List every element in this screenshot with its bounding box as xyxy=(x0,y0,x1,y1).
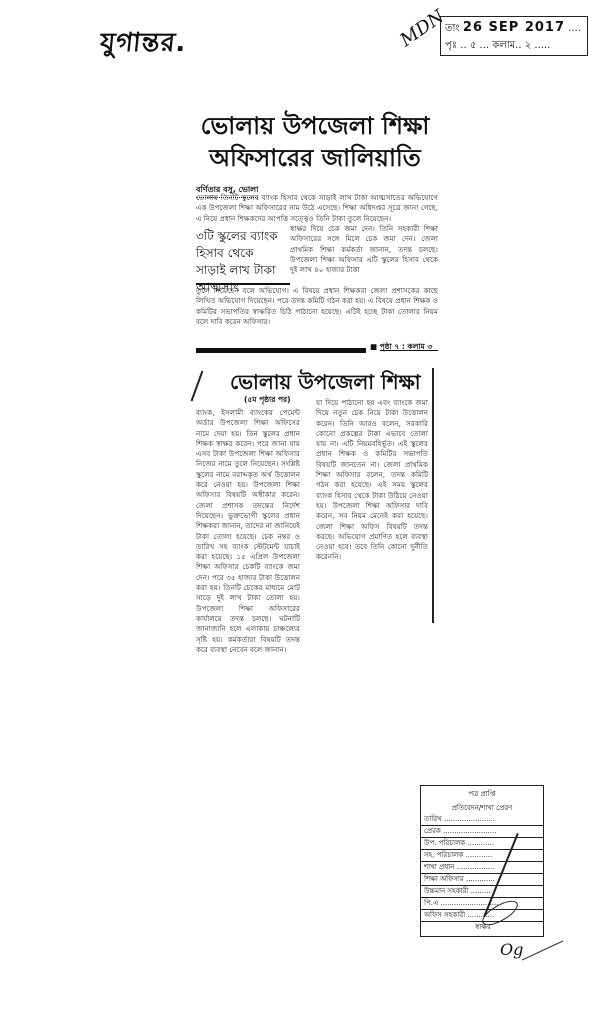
article-divider-thin xyxy=(380,350,438,351)
article2-body-left: ব্যাংক, ইসলামী ব্যাংকের পেমেন্ট অর্ডার উ… xyxy=(196,408,300,655)
article1-body-top: ভোলায় তিনটি স্কুলের ব্যাংক হিসাব থেকে স… xyxy=(196,193,438,224)
date-stamp: তাং 26 SEP 2017 .... পৃঃ .. ৫ ... কলাম..… xyxy=(440,16,588,56)
article-divider-thick xyxy=(196,348,366,353)
article2-body-right: যা দিয়ে পাঠানো হয় এবং ব্যাংকে জমা দিয়… xyxy=(316,398,428,563)
article2-subhead: (৫ম পৃষ্ঠার পর) xyxy=(244,395,291,407)
slip-field: পি.এ .......................... xyxy=(421,898,543,910)
column-border xyxy=(432,368,434,623)
slip-header-2: প্রতিবেদন/শাখা প্রেরণ xyxy=(421,803,543,814)
handwritten-signature: Og xyxy=(500,940,523,959)
stamp-column: ২ xyxy=(525,40,532,51)
pullquote-rule xyxy=(196,283,290,285)
pen-mark-icon xyxy=(191,371,204,402)
slip-field: উচ্চমান সহকারী ......... xyxy=(421,886,543,898)
signature-tail xyxy=(522,941,563,961)
stamp-page-row: পৃঃ .. ৫ ... কলাম.. ২ ..... xyxy=(445,37,583,54)
slip-field: প্রেরক ........................ xyxy=(421,826,543,838)
article1-continued-ref: ■ পৃষ্ঠা ৭ : কলাম ৩ xyxy=(370,342,432,354)
slip-field: শিক্ষা অফিসার ............. xyxy=(421,874,543,886)
stamp-date-row: তাং 26 SEP 2017 .... xyxy=(445,19,583,37)
article1-body-bottom: তুলে নিয়েছেন বলে অভিযোগ। এ বিষয়ে প্রধা… xyxy=(196,286,438,327)
slip-field: শাখা প্রধান ................. xyxy=(421,862,543,874)
stamp-date-label: তাং xyxy=(445,23,460,34)
newspaper-masthead: যুগান্তর. xyxy=(98,22,189,66)
slip-field: সহ. পরিচালক ............ xyxy=(421,850,543,862)
slip-field: তারিখ ....................... xyxy=(421,814,543,826)
stamp-column-label: কলাম xyxy=(492,40,515,51)
article1-body-right: স্বাক্ষর দিয়ে চেক জমা দেন। তিনি সহকারী … xyxy=(290,224,438,275)
stamp-page: ৫ xyxy=(470,40,477,51)
slip-field: উপ. পরিচালক ............ xyxy=(421,838,543,850)
slip-header-1: পত্র প্রাপ্তি xyxy=(421,789,543,800)
stamp-page-label: পৃঃ xyxy=(445,40,457,51)
article1-headline-line2: অফিসারের জালিয়াতি xyxy=(200,140,430,180)
routing-slip: পত্র প্রাপ্তি প্রতিবেদন/শাখা প্রেরণ তারি… xyxy=(420,785,544,937)
stamp-date: 26 SEP 2017 xyxy=(463,20,565,35)
